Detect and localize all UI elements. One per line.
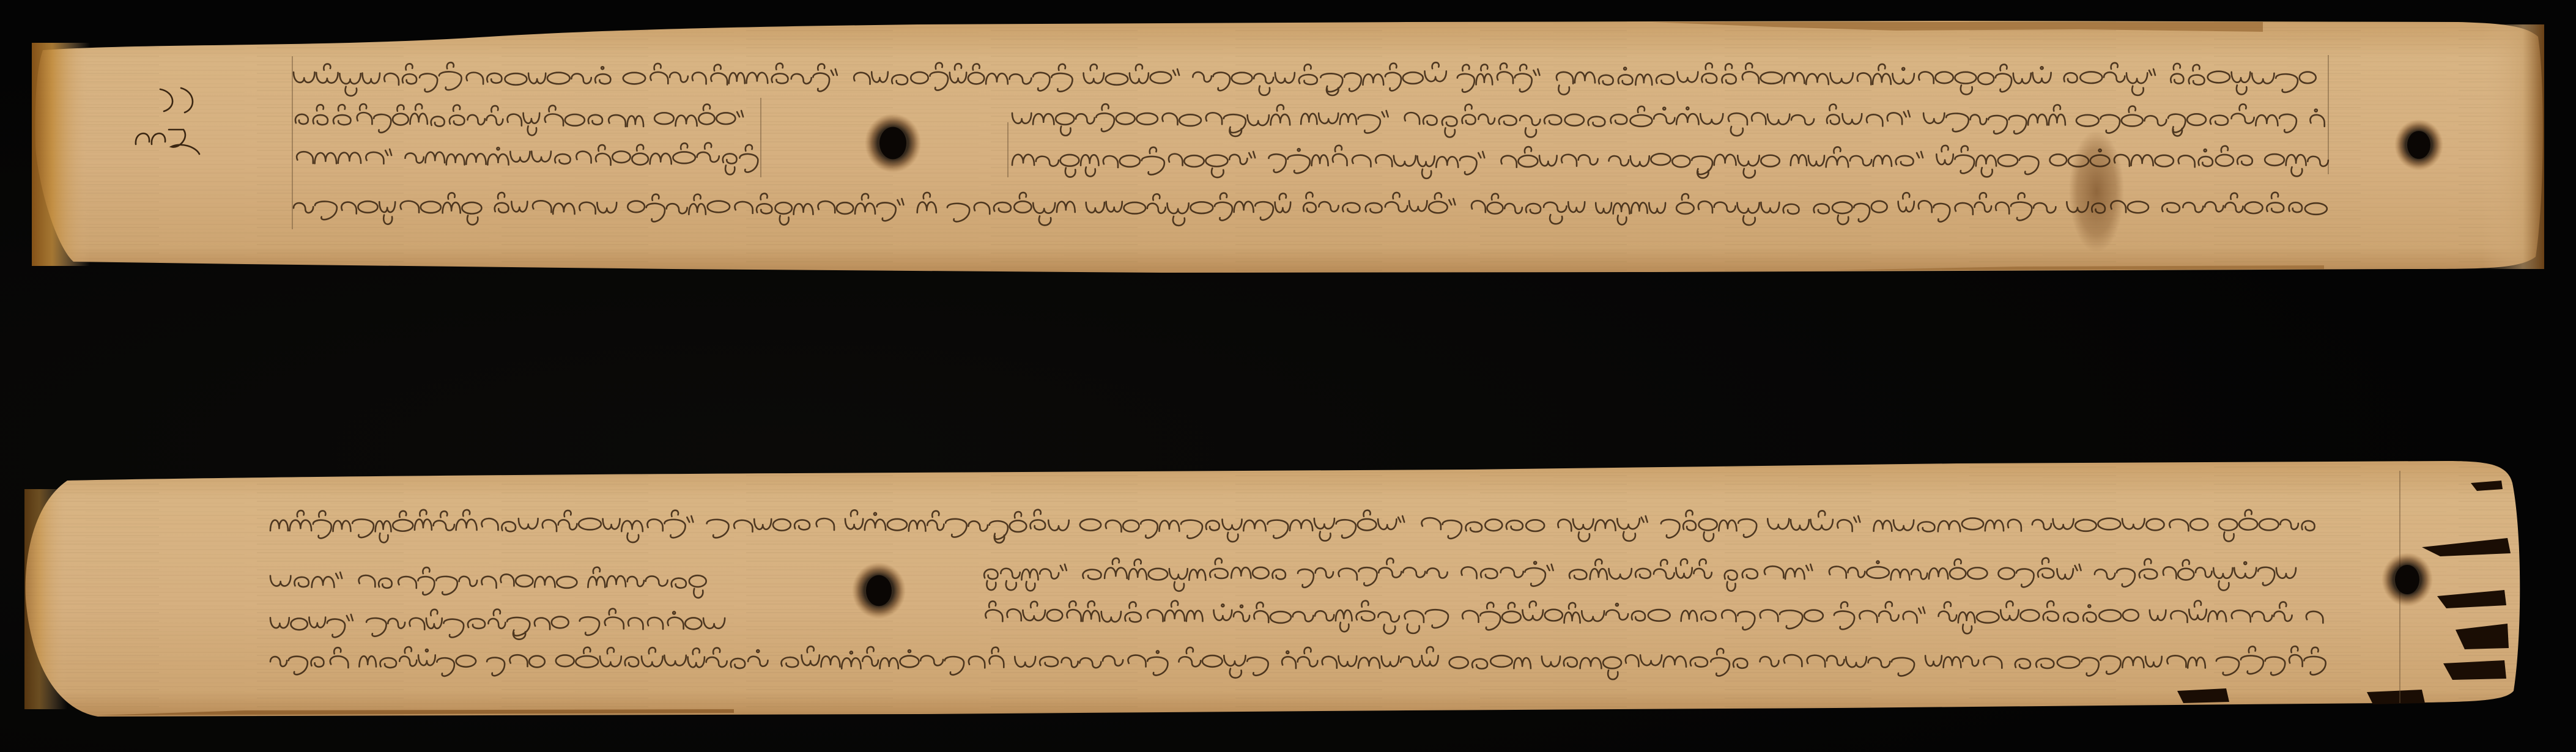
leaf-lower <box>24 461 2520 717</box>
string-hole-icon <box>2395 565 2419 594</box>
leaf-lower-grain <box>26 461 2520 717</box>
palm-leaf-manuscript <box>0 0 2576 752</box>
leaf-upper-right-worn-edge <box>2483 24 2544 269</box>
water-stain <box>2069 130 2124 253</box>
string-hole-icon <box>879 127 906 160</box>
leaf-upper-left-worn-edge <box>32 43 90 266</box>
leaf-lower-left-worn-edge <box>24 489 67 709</box>
leaf-upper <box>32 21 2544 273</box>
string-hole-icon <box>2407 131 2430 159</box>
string-hole-icon <box>866 575 892 606</box>
leaf-upper-grain <box>35 21 2543 273</box>
